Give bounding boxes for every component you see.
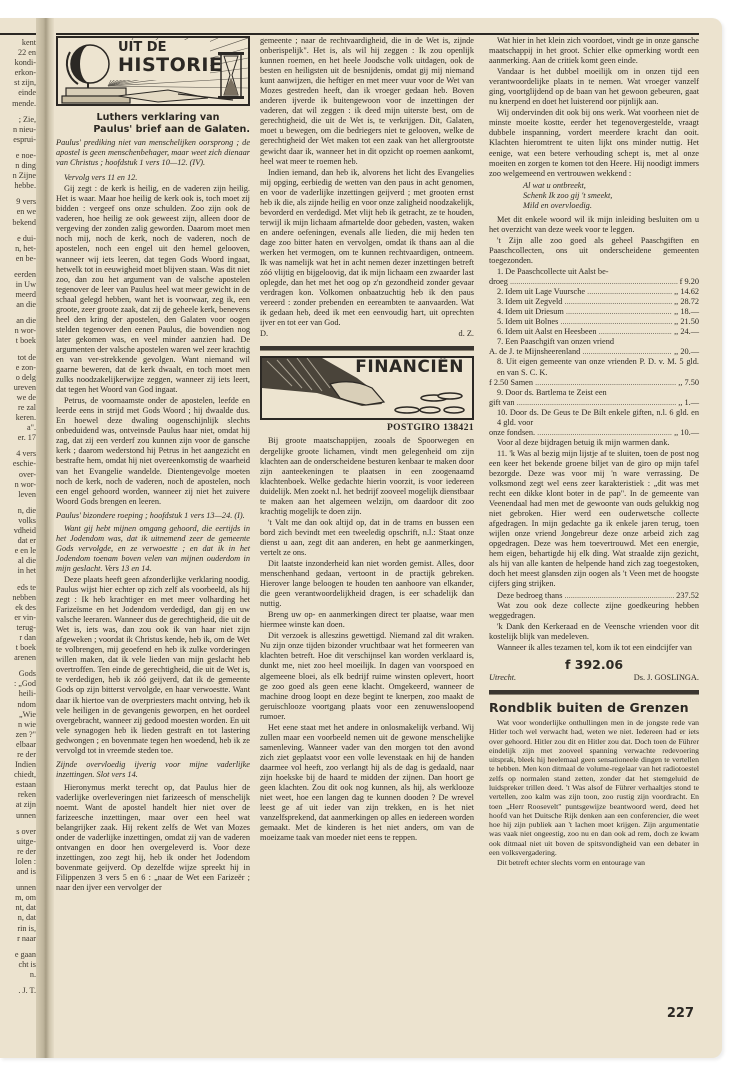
poem-line: Mild en overvloedig. [523, 201, 699, 211]
ledger-label: 2. Idem uit Lage Vuursche [489, 287, 672, 297]
fragment-line: vdheid [0, 526, 36, 536]
banner-line-2: HISTORIE [118, 55, 222, 75]
paragraph: Dit verzoek is alleszins gewettigd. Niem… [260, 631, 474, 721]
fragment-block: e gaancht isn. [0, 950, 36, 980]
fragment-block: an dien wor-t boek [0, 316, 36, 346]
fragment-line: eerden [0, 270, 36, 280]
paragraph: Indien iemand, dan heb ik, alvorens het … [260, 168, 474, 329]
scripture-quote: Want gij hebt mijnen omgang gehoord, die… [56, 524, 250, 574]
paragraph: 't Valt me dan ook altijd op, dat in de … [260, 518, 474, 558]
fragment-line: ndom [0, 700, 36, 710]
paragraph: gemeente ; naar de rechtvaardigheid, die… [260, 36, 474, 167]
fragment-block: e noe-n dingn Zijnehebbe. [0, 151, 36, 191]
fragment-line: 4 vers [0, 449, 36, 459]
fragment-line: er. 17 [0, 433, 36, 443]
fragment-line: estaan [0, 780, 36, 790]
fragment-line: an die [0, 300, 36, 310]
ledger-row: f 2.50 Samen ,, 7.50 [489, 378, 699, 388]
paragraph: 'k Dank den Kerkeraad en de Veensche vri… [489, 622, 699, 642]
ledger-amount: ,, 14.62 [672, 287, 699, 297]
fragment-line: re zal [0, 403, 36, 413]
signature-place: Utrecht. [489, 673, 516, 683]
fragment-line: lolen : [0, 857, 36, 867]
fragment-line: in het [0, 566, 36, 576]
ledger-item-text: 9. Door ds. Bartlema te Zeist een [489, 388, 699, 398]
fragment-block: eerdenin Uwmeerdan die [0, 270, 36, 310]
fragment-block: e dui-n, het-en be- [0, 234, 36, 264]
fragment-line: r naar [0, 934, 36, 944]
financien-title: FINANCIËN [355, 362, 464, 372]
fragment-line: nt, dat [0, 903, 36, 913]
fragment-line: erkon- [0, 68, 36, 78]
fragment-line: o delg [0, 373, 36, 383]
donations-ledger: 1. De Paaschcollecte uit Aalst be- droeg… [489, 267, 699, 438]
page-gutter [36, 18, 54, 1058]
fragment-line: Indien [0, 760, 36, 770]
fragment-line: n wor- [0, 480, 36, 490]
paragraph: Hieronymus merkt terecht op, dat Paulus … [56, 783, 250, 894]
ledger-row: 4. Idem uit Driesum ,, 18.— [489, 307, 699, 317]
ledger-label: 3. Idem uit Zegveld [489, 297, 672, 307]
fragment-line: eds te [0, 583, 36, 593]
fragment-line: nebben [0, 593, 36, 603]
fragment-block: ; Zie,n nieu-esprui- [0, 115, 36, 145]
fragment-line: re der [0, 847, 36, 857]
paragraph: Dit laatste inzonderheid kan niet worden… [260, 559, 474, 609]
ledger-amount: 237.52 [674, 591, 699, 601]
fragment-line: zen ?" [0, 730, 36, 740]
fragment-line: n nieu- [0, 125, 36, 135]
banner-line-1: UIT DE [118, 41, 222, 55]
fragment-line: cht is [0, 960, 36, 970]
signature-author: d. Z. [459, 329, 474, 339]
top-rule [56, 33, 699, 35]
fragment-line: reken [0, 790, 36, 800]
section-subheading: Paulus' bizondere roeping ; hoofdstuk 1 … [56, 511, 250, 521]
fragment-line: n Zijne [0, 171, 36, 181]
fragment-line: en we [0, 207, 36, 217]
ledger-row: gift van ,, 1.— [489, 398, 699, 408]
signature-initial: D. [260, 329, 268, 339]
fragment-line: an die [0, 316, 36, 326]
ledger-label: A. de J. te Mijnsheerenland [489, 347, 672, 357]
section-subheading: Zijnde overvloedig ijverig voor mijne va… [56, 760, 250, 780]
fragment-line: chiedt, [0, 770, 36, 780]
ledger-row: onze fondsen. ,, 10.— [489, 428, 699, 438]
fragment-line: r dan [0, 633, 36, 643]
ledger-row: A. de J. te Mijnsheerenland ,, 20.— [489, 347, 699, 357]
ledger-amount: f 9.20 [678, 277, 699, 287]
fragment-line: mende. [0, 99, 36, 109]
paragraph: Breng uw op- en aanmerkingen direct ter … [260, 610, 474, 630]
rondblik-heading: Rondblik buiten de Grenzen [489, 700, 699, 715]
fragment-line: volks [0, 516, 36, 526]
paragraph: Dit betreft echter slechts vorm en entou… [489, 858, 699, 867]
heading-line-1: Luthers verklaring van [56, 112, 250, 124]
ledger-row: 2. Idem uit Lage Vuursche ,, 14.62 [489, 287, 699, 297]
fragment-line: e noe- [0, 151, 36, 161]
fragment-line: leven [0, 490, 36, 500]
ledger-amount: ,, 10.— [672, 428, 699, 438]
fragment-line: n, dat [0, 913, 36, 923]
fragment-block: 9 versen webekend [0, 197, 36, 227]
column-financien-rondblik: Wat hier in het klein zich voordoet, vin… [489, 36, 699, 869]
uit-de-historie-banner: UIT DE HISTORIE [56, 36, 250, 106]
ledger-row: Deze bedroeg thans 237.52 [489, 591, 699, 601]
ledger-row: 5. Idem uit Bolnes ,, 21.50 [489, 317, 699, 327]
ledger-row: 3. Idem uit Zegveld ,, 28.72 [489, 297, 699, 307]
fragment-block: s overuitge-re derlolen :and is [0, 827, 36, 877]
fragment-line: s over [0, 827, 36, 837]
fragment-line: n wie [0, 720, 36, 730]
postgiro-number: POSTGIRO 138421 [260, 423, 474, 433]
fragment-line: en be- [0, 254, 36, 264]
fragment-block: tot dee zon-o delgurevenwe dere zalkeren… [0, 353, 36, 444]
fragment-line: m, om [0, 893, 36, 903]
fragment-block: Gods: „Godheili-ndom„Wien wiezen ?"elbaa… [0, 669, 36, 820]
fragment-line: al die [0, 556, 36, 566]
fragment-block: . J. T. [0, 986, 36, 996]
fragment-line: e gaan [0, 950, 36, 960]
fragment-line: : „God [0, 679, 36, 689]
fragment-line: st zijn, [0, 78, 36, 88]
paragraph: Wanneer ik alles tezamen tel, kom ik tot… [489, 643, 699, 653]
poem-line: Schenk Ik zoo gij 't smeekt, [523, 191, 699, 201]
paragraph: Wat hier in het klein zich voordoet, vin… [489, 36, 699, 66]
article-signature: D. d. Z. [260, 329, 474, 339]
fragment-line: 22 en [0, 48, 36, 58]
fragment-line: 9 vers [0, 197, 36, 207]
ledger-amount: ,, 28.72 [672, 297, 699, 307]
fragment-line: unnen [0, 883, 36, 893]
paragraph: Wat voor wonderlijke onthullingen men in… [489, 718, 699, 857]
ledger-amount: ,, 21.50 [672, 317, 699, 327]
fragment-line: meerd [0, 290, 36, 300]
fragment-block: eds tenebbenek deser vin-terug-r dant bo… [0, 583, 36, 664]
fragment-line: and is [0, 867, 36, 877]
column-continuation-financien: gemeente ; naar de rechtvaardigheid, die… [260, 36, 474, 844]
fragment-line: at zijn [0, 800, 36, 810]
ledger-amount: ,, 24.— [672, 327, 699, 337]
fragment-line: unnen [0, 811, 36, 821]
fragment-line: e en le [0, 546, 36, 556]
fragment-line: . J. T. [0, 986, 36, 996]
ledger-label: 4. Idem uit Driesum [489, 307, 672, 317]
ledger-amount: ,, 18.— [672, 307, 699, 317]
fragment-line: ek des [0, 603, 36, 613]
fragment-line: ; Zie, [0, 115, 36, 125]
section-divider [489, 690, 699, 695]
fragment-line: keren. [0, 413, 36, 423]
ledger-label: 6. Idem uit Aalst en Heesbeen [489, 327, 672, 337]
poem-line: Al wat u ontbreekt, [523, 181, 699, 191]
fragment-line: t boek [0, 643, 36, 653]
fragment-line: uitge- [0, 837, 36, 847]
fragment-line: re der [0, 750, 36, 760]
fragment-line: elbaar [0, 740, 36, 750]
paragraph: Met dit enkele woord wil ik mijn inleidi… [489, 215, 699, 235]
fragment-line: esprui- [0, 135, 36, 145]
paragraph: Vandaar is het dubbel moeilijk om in onz… [489, 67, 699, 107]
fragment-line: e zon- [0, 363, 36, 373]
article-signature: Utrecht. Ds. J. GOSLINGA. [489, 673, 699, 683]
fragment-line: dat er [0, 536, 36, 546]
paragraph: Het eene staat met het andere in onlosma… [260, 723, 474, 844]
fragment-block: unnenm, omnt, datn, datrin is,r naar [0, 883, 36, 944]
fragment-block: n, dievolksvdheiddat ere en leal diein h… [0, 506, 36, 577]
fragment-line: e dui- [0, 234, 36, 244]
continuation-note: Vervolg vers 11 en 12. [56, 173, 250, 183]
paragraph: Wij ondervinden dit ook bij ons werk. Wa… [489, 108, 699, 178]
ledger-row: droeg f 9.20 [489, 277, 699, 287]
article-intro: Paulus' prediking niet van menschelijken… [56, 138, 250, 168]
fragment-line: terug- [0, 623, 36, 633]
ledger-label: gift van [489, 398, 676, 408]
fragment-line: bekend [0, 218, 36, 228]
fragment-line: n. [0, 970, 36, 980]
ledger-row: 6. Idem uit Aalst en Heesbeen ,, 24.— [489, 327, 699, 337]
paragraph: Wat zou ook deze collecte zijne goedkeur… [489, 601, 699, 621]
banner-title: UIT DE HISTORIE [118, 41, 222, 75]
fragment-line: kondi- [0, 58, 36, 68]
fragment-line: arenen [0, 653, 36, 663]
ledger-label: onze fondsen. [489, 428, 672, 438]
ledger-label: 5. Idem uit Bolnes [489, 317, 672, 327]
article-heading: Luthers verklaring van Paulus' brief aan… [56, 112, 250, 135]
financien-banner: FINANCIËN [260, 356, 474, 420]
paragraph: Gij zegt : de kerk is heilig, en de vade… [56, 184, 250, 395]
fragment-line: we de [0, 393, 36, 403]
section-divider [260, 346, 474, 351]
ledger-amount: ,, 1.— [676, 398, 699, 408]
fragment-line: n ding [0, 161, 36, 171]
paragraph: 11. 'k Was al bezig mijn lijstje af te s… [489, 449, 699, 590]
fragment-line: t boek [0, 336, 36, 346]
signature-author: Ds. J. GOSLINGA. [634, 673, 699, 683]
paragraph: 't Zijn alle zoo goed als geheel Paaschg… [489, 236, 699, 266]
fragment-line: n wor- [0, 326, 36, 336]
fragment-line: over- [0, 470, 36, 480]
fragment-line: ureven [0, 383, 36, 393]
fragment-line: einde [0, 88, 36, 98]
fragment-line: in Uw [0, 280, 36, 290]
fragment-line: er vin- [0, 613, 36, 623]
ledger-item-text: 8. Uit eigen gemeente van onze vrienden … [489, 357, 699, 377]
fragment-line: heili- [0, 689, 36, 699]
grand-total: f 392.06 [489, 660, 699, 670]
paragraph: Bij groote maatschappijen, zooals de Spo… [260, 436, 474, 516]
page-number: 227 [667, 1006, 694, 1021]
fragment-line: „Wie [0, 710, 36, 720]
poem: Al wat u ontbreekt, Schenk Ik zoo gij 't… [489, 181, 699, 211]
ledger-item-text: 7. Een Paaschgift van onzen vriend [489, 337, 699, 347]
ledger-label: Deze bedroeg thans [489, 591, 674, 601]
previous-page-fragment: kent22 enkondi-erkon-st zijn,eindemende.… [0, 38, 36, 1038]
column-historie: UIT DE HISTORIE Luthers verklaring van P… [56, 36, 250, 894]
fragment-block: kent22 enkondi-erkon-st zijn,eindemende. [0, 38, 36, 109]
ledger-item-text: 10. Door ds. De Geus te De Bilt enkele g… [489, 408, 699, 428]
heading-line-2: Paulus' brief aan de Galaten. [56, 124, 250, 136]
fragment-line: eschie- [0, 459, 36, 469]
ledger-label: droeg [489, 277, 678, 287]
fragment-line: a". [0, 423, 36, 433]
fragment-line: rin is, [0, 924, 36, 934]
fragment-line: Gods [0, 669, 36, 679]
fragment-line: kent [0, 38, 36, 48]
paragraph: Voor al deze bijdragen betuig ik mijn wa… [489, 438, 699, 448]
fragment-line: n, die [0, 506, 36, 516]
ledger-item-text: 1. De Paaschcollecte uit Aalst be- [489, 267, 699, 277]
fragment-block: 4 verseschie-over-n wor-leven [0, 449, 36, 499]
fragment-line: n, het- [0, 244, 36, 254]
top-rule-left [0, 33, 36, 35]
ledger-label: f 2.50 Samen [489, 378, 676, 388]
paragraph: Petrus, de voornaamste onder de apostele… [56, 396, 250, 507]
fragment-line: tot de [0, 353, 36, 363]
ledger-amount: ,, 20.— [672, 347, 699, 357]
ledger-amount: ,, 7.50 [676, 378, 699, 388]
fragment-line: hebbe. [0, 181, 36, 191]
paragraph: Deze plaats heeft geen afzonderlijke ver… [56, 575, 250, 756]
